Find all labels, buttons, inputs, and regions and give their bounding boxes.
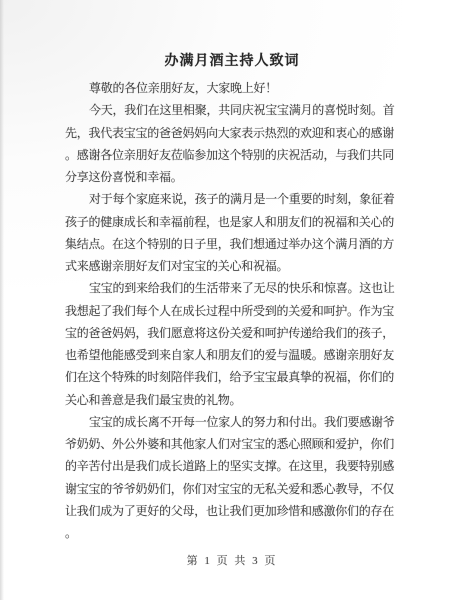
document-body: 尊敬的各位亲朋好友，大家晚上好！今天，我们在这里相聚，共同庆祝宝宝满月的喜悦时刻…	[65, 77, 401, 544]
text-line: 们在这个特殊的时刻陪伴我们，给予宝宝最真挚的祝福，你们的	[65, 366, 401, 388]
document-page: 办满月酒主持人致词 尊敬的各位亲朋好友，大家晚上好！今天，我们在这里相聚，共同庆…	[0, 0, 463, 600]
text-line: 尊敬的各位亲朋好友，大家晚上好！	[65, 77, 401, 99]
text-line: 。	[65, 522, 401, 544]
text-line: 也希望他能感受到来自家人和朋友们的爱与温暖。感谢亲朋好友	[65, 344, 401, 366]
text-line: 对于每个家庭来说，孩子的满月是一个重要的时刻，象征着	[65, 188, 401, 210]
text-line: 让我们成为了更好的父母，也让我们更加珍惜和感激你们的存在	[65, 500, 401, 522]
text-line: 的辛苦付出是我们成长道路上的坚实支撑。在这里，我要特别感	[65, 455, 401, 477]
text-line: 集结点。在这个特别的日子里，我们想通过举办这个满月酒的方	[65, 233, 401, 255]
text-line: 宝宝的成长离不开每一位家人的努力和付出。我们要感谢爷	[65, 411, 401, 433]
document-title: 办满月酒主持人致词	[65, 50, 399, 70]
text-line: 宝的爸爸妈妈，我们愿意将这份关爱和呵护传递给我们的孩子，	[65, 322, 401, 344]
text-line: 分享这份喜悦和幸福。	[65, 166, 401, 188]
text-line: 我想起了我们每个人在成长过程中所受到的关爱和呵护。作为宝	[65, 300, 401, 322]
text-line: 宝宝的到来给我们的生活带来了无尽的快乐和惊喜。这也让	[65, 277, 401, 299]
text-line: 式来感谢亲朋好友们对宝宝的关心和祝福。	[65, 255, 401, 277]
text-line: 关心和善意是我们最宝贵的礼物。	[65, 389, 401, 411]
text-line: 爷奶奶、外公外婆和其他家人们对宝宝的悉心照顾和爱护，你们	[65, 433, 401, 455]
page-number-footer: 第 1 页 共 3 页	[65, 552, 399, 568]
text-line: 先，我代表宝宝的爸爸妈妈向大家表示热烈的欢迎和衷心的感谢	[65, 122, 401, 144]
text-line: 。感谢各位亲朋好友莅临参加这个特别的庆祝活动，与我们共同	[65, 144, 401, 166]
text-line: 孩子的健康成长和幸福前程，也是家人和朋友们的祝福和关心的	[65, 211, 401, 233]
text-line: 今天，我们在这里相聚，共同庆祝宝宝满月的喜悦时刻。首	[65, 99, 401, 121]
text-line: 谢宝宝的爷爷奶奶们，你们对宝宝的无私关爱和悉心教导，不仅	[65, 478, 401, 500]
